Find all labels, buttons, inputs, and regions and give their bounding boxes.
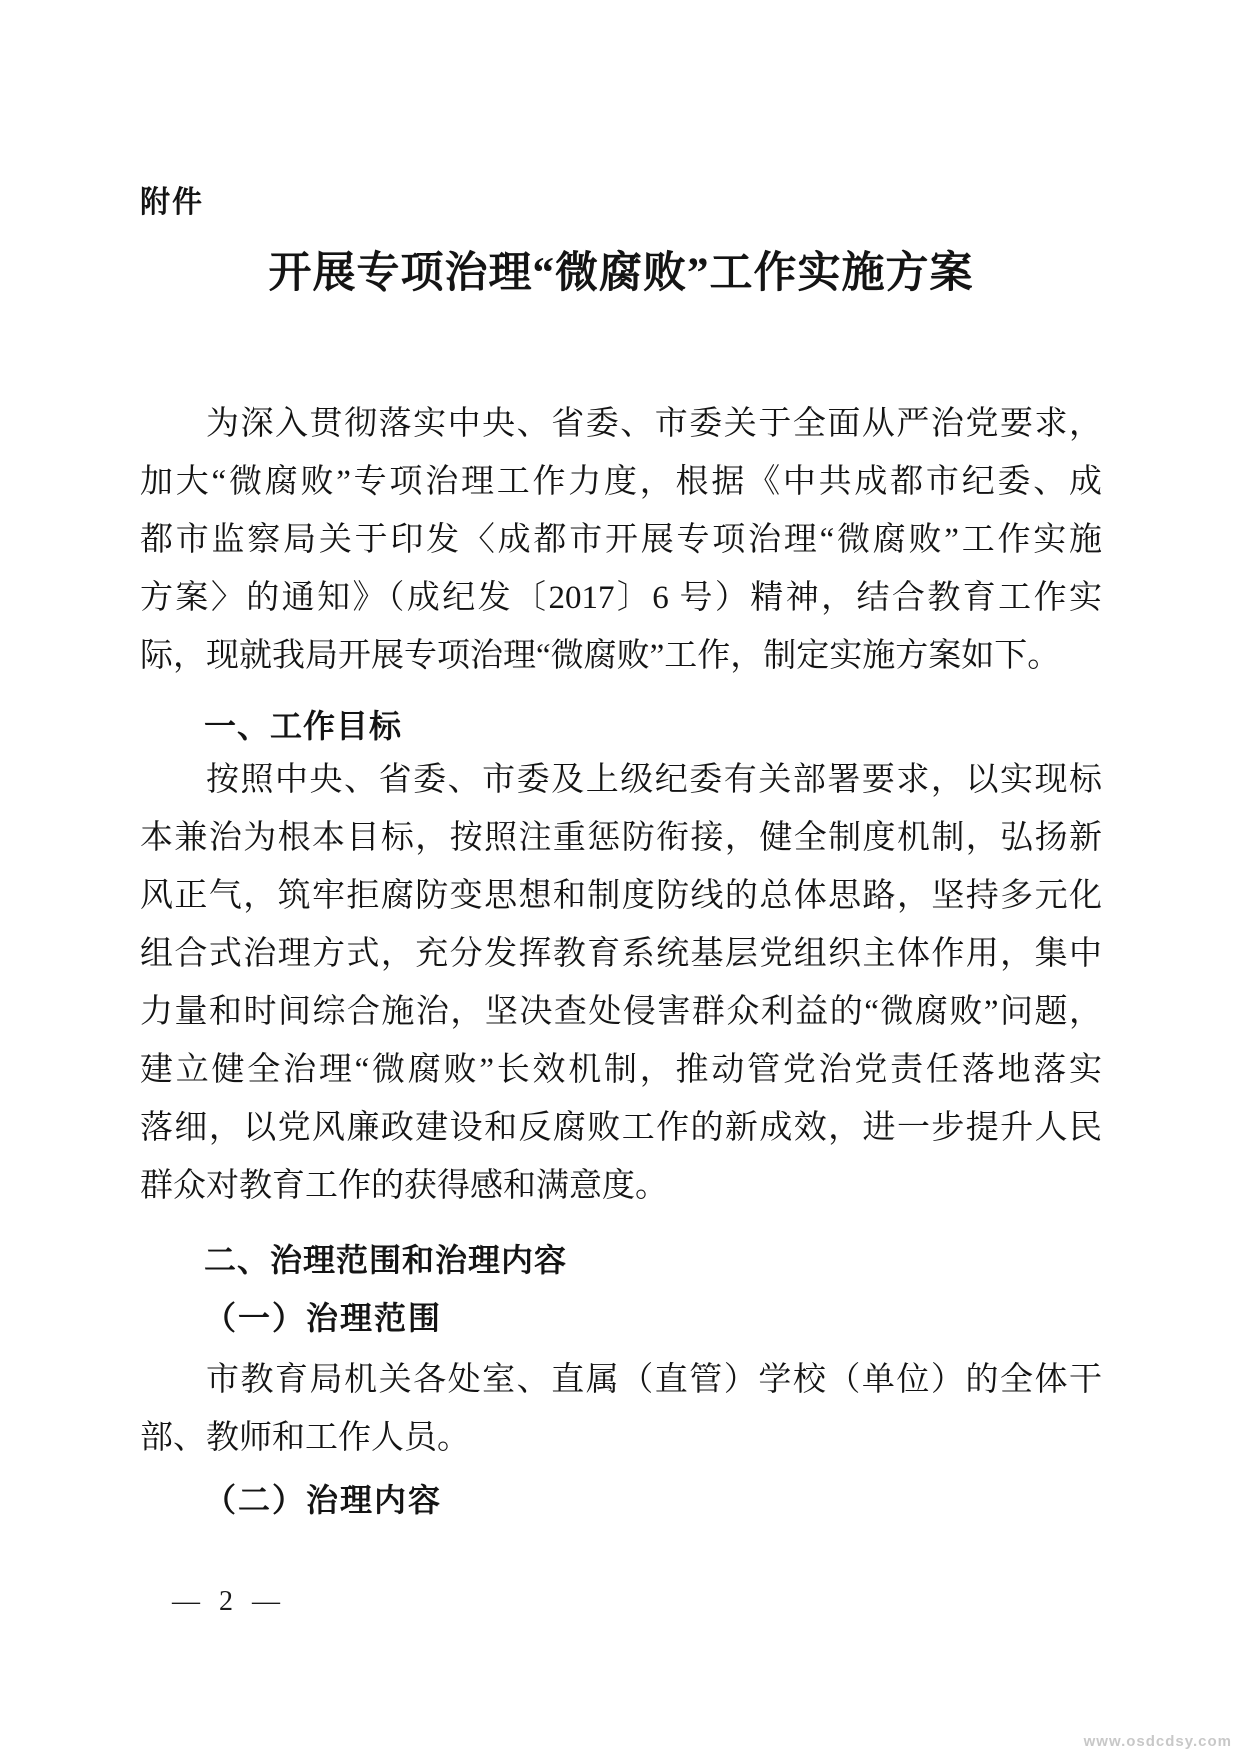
paragraph-line: 部、教师和工作人员。 [140, 1409, 1102, 1467]
section-heading-scope-and-content: 二、治理范围和治理内容 [140, 1235, 1102, 1285]
paragraph-line: 方案〉的通知》（成纪发〔2017〕6 号）精神，结合教育工作实 [140, 569, 1102, 627]
paragraph-line: 群众对教育工作的获得感和满意度。 [140, 1157, 1102, 1215]
paragraph-line: 力量和时间综合施治，坚决查处侵害群众利益的“微腐败”问题， [140, 983, 1102, 1041]
section-heading-work-goals: 一、工作目标 [140, 701, 1102, 751]
subsection-heading-content: （二）治理内容 [140, 1475, 1102, 1525]
paragraph-line: 为深入贯彻落实中央、省委、市委关于全面从严治党要求， [140, 395, 1102, 453]
document-title: 开展专项治理“微腐败”工作实施方案 [140, 246, 1102, 302]
attachment-label: 附件 [140, 186, 1102, 220]
paragraph-line: 加大“微腐败”专项治理工作力度，根据《中共成都市纪委、成 [140, 453, 1102, 511]
paragraph-line: 风正气，筑牢拒腐防变思想和制度防线的总体思路，坚持多元化 [140, 867, 1102, 925]
page-number: — 2 — [172, 1586, 286, 1618]
paragraph-line: 本兼治为根本目标，按照注重惩防衔接，健全制度机制，弘扬新 [140, 809, 1102, 867]
paragraph-line: 按照中央、省委、市委及上级纪委有关部署要求，以实现标 [140, 751, 1102, 809]
watermark: www.osdcdsy.com [1084, 1733, 1232, 1750]
subsection-heading-scope: （一）治理范围 [140, 1293, 1102, 1343]
paragraph-line: 都市监察局关于印发〈成都市开展专项治理“微腐败”工作实施 [140, 511, 1102, 569]
paragraph-line: 建立健全治理“微腐败”长效机制，推动管党治党责任落地落实 [140, 1041, 1102, 1099]
paragraph-line: 际，现就我局开展专项治理“微腐败”工作，制定实施方案如下。 [140, 627, 1102, 685]
paragraph-line: 组合式治理方式，充分发挥教育系统基层党组织主体作用，集中 [140, 925, 1102, 983]
document-content: 附件 开展专项治理“微腐败”工作实施方案 为深入贯彻落实中央、省委、市委关于全面… [140, 0, 1102, 1525]
document-page: 附件 开展专项治理“微腐败”工作实施方案 为深入贯彻落实中央、省委、市委关于全面… [0, 0, 1240, 1754]
paragraph-intro: 为深入贯彻落实中央、省委、市委关于全面从严治党要求，加大“微腐败”专项治理工作力… [140, 395, 1102, 685]
paragraph-work-goals: 按照中央、省委、市委及上级纪委有关部署要求，以实现标本兼治为根本目标，按照注重惩… [140, 751, 1102, 1215]
paragraph-line: 落细，以党风廉政建设和反腐败工作的新成效，进一步提升人民 [140, 1099, 1102, 1157]
paragraph-scope: 市教育局机关各处室、直属（直管）学校（单位）的全体干部、教师和工作人员。 [140, 1351, 1102, 1467]
paragraph-line: 市教育局机关各处室、直属（直管）学校（单位）的全体干 [140, 1351, 1102, 1409]
